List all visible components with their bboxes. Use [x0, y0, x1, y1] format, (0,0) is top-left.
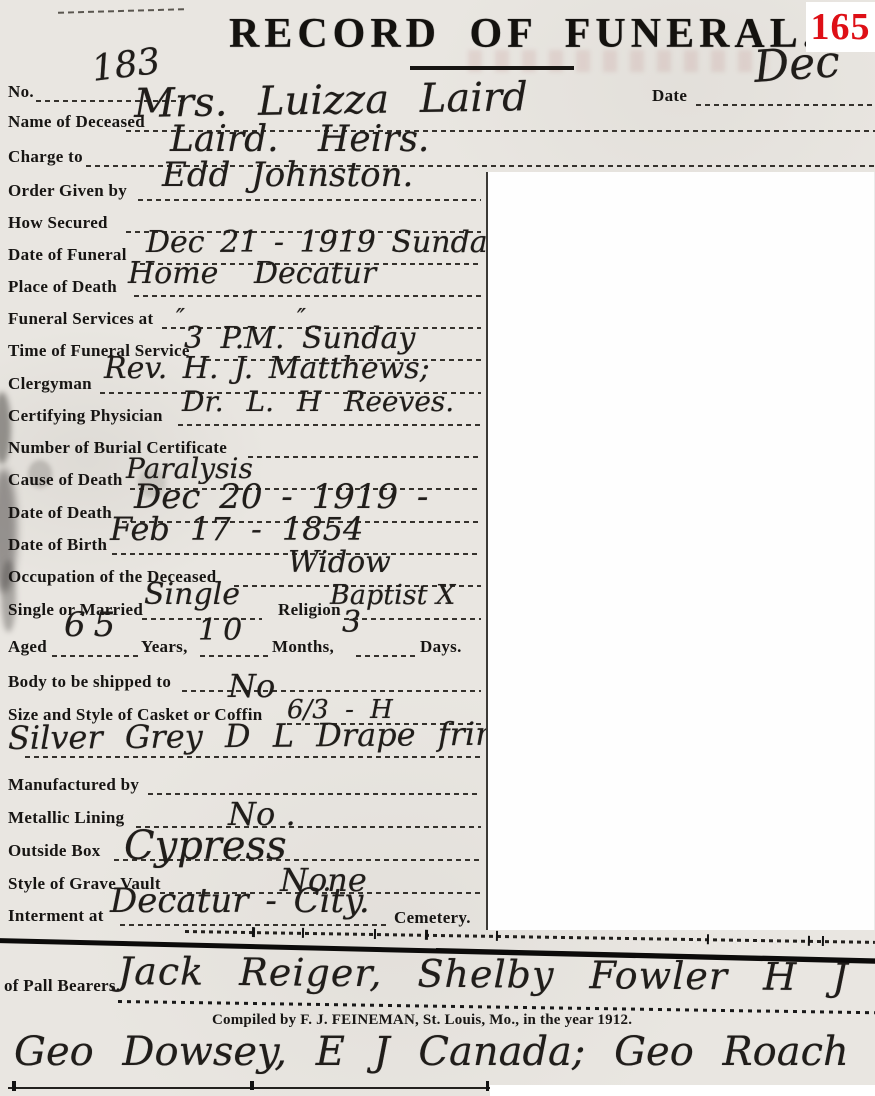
- page-number-stamp: 165: [806, 2, 875, 52]
- field-line: [182, 690, 481, 692]
- no-label: No.: [8, 82, 34, 102]
- field-label: Date of Birth: [8, 535, 107, 555]
- date-line: [696, 104, 875, 106]
- years-label: Years,: [141, 637, 188, 657]
- no-value: 183: [90, 44, 163, 88]
- blank-panel: [486, 172, 875, 930]
- bottom-edge-line: [8, 1087, 490, 1089]
- field-label: Date of Funeral: [8, 245, 127, 265]
- edge-tick: [250, 1081, 254, 1090]
- months-line: [200, 655, 268, 657]
- field-label: Clergyman: [8, 374, 92, 394]
- pall-bearers-row2: Geo Dowsey, E J Canada; Geo Roach .: [14, 1032, 875, 1072]
- field-line: [130, 488, 481, 490]
- field-line: [248, 456, 481, 458]
- pall-bearers-label: of Pall Bearers.: [4, 976, 120, 996]
- field-line: [178, 424, 481, 426]
- cemetery-label: Cemetery.: [394, 908, 471, 928]
- field-label: Funeral Services at: [8, 309, 153, 329]
- no-line: [36, 100, 181, 102]
- ink-smudge: [138, 468, 166, 498]
- divider-tick: [496, 931, 498, 941]
- field-line: [234, 585, 481, 587]
- field-line: [162, 327, 481, 329]
- field-line: [114, 859, 481, 861]
- field-value: No .: [228, 798, 296, 830]
- title-underline: [410, 66, 574, 70]
- field-value: Cypress: [124, 826, 287, 866]
- field-line: [112, 553, 481, 555]
- months-label: Months,: [272, 637, 334, 657]
- divider-tick: [822, 936, 824, 946]
- religion-label: Religion: [278, 600, 341, 620]
- field-label: How Secured: [8, 213, 108, 233]
- field-label: Size and Style of Casket or Coffin: [8, 705, 263, 725]
- field-value: Dr. L. H Reeves.: [182, 388, 454, 416]
- field-line: [122, 521, 481, 523]
- ink-smudge: [0, 392, 11, 464]
- interment-value: Decatur - City.: [110, 884, 370, 918]
- marital-label: Single or Married: [8, 600, 143, 620]
- field-line: [287, 723, 481, 725]
- divider-tick: [252, 927, 255, 937]
- divider-tick: [808, 936, 810, 946]
- pen-mark: [58, 8, 184, 14]
- field-label: Occupation of the Deceased: [8, 567, 216, 587]
- field-value: No: [228, 670, 275, 702]
- divider-tick: [302, 928, 304, 938]
- field-label: Manufactured by: [8, 775, 139, 795]
- field-label: Metallic Lining: [8, 808, 124, 828]
- field-value: Edd Johnston.: [162, 158, 413, 192]
- field-label: Date of Death: [8, 503, 112, 523]
- aged-line: [52, 655, 138, 657]
- religion-line: [344, 618, 481, 620]
- field-line: [206, 359, 481, 361]
- aged-days-value: 3: [342, 608, 361, 638]
- field-value: 6/3 - H: [287, 697, 393, 723]
- ditto-mark: ″: [176, 306, 185, 330]
- edge-tick: [486, 1081, 489, 1091]
- bottom-white-strip: [490, 1085, 875, 1096]
- casket-extra-value: Silver Grey D L Drape fringe: [8, 717, 535, 754]
- days-label: Days.: [420, 637, 462, 657]
- field-line: [148, 793, 481, 795]
- interment-label: Interment at: [8, 906, 104, 926]
- field-line: [126, 130, 875, 132]
- field-line: [138, 199, 481, 201]
- divider-dotted-line: [185, 930, 875, 944]
- marital-line: [142, 618, 262, 620]
- ditto-mark: ″: [297, 306, 306, 330]
- field-label: Outside Box: [8, 841, 101, 861]
- field-label: Place of Death: [8, 277, 117, 297]
- page-number: 165: [811, 5, 871, 49]
- field-label: Cause of Death: [8, 470, 123, 490]
- field-line: [140, 263, 481, 265]
- edge-tick: [12, 1081, 16, 1091]
- field-label: Name of Deceased: [8, 112, 145, 132]
- funeral-record-scan: RECORD OF FUNERAL. 165 No. 183 Date Dec …: [0, 0, 875, 1096]
- field-label: Body to be shipped to: [8, 672, 171, 692]
- field-line: [136, 826, 481, 828]
- field-label: Time of Funeral Service: [8, 341, 190, 361]
- divider-tick: [425, 930, 428, 940]
- aged-months-value: 10: [198, 616, 248, 646]
- field-line: [86, 165, 875, 167]
- field-line: [100, 392, 481, 394]
- field-value: None: [280, 864, 367, 896]
- field-label: Order Given by: [8, 181, 127, 201]
- field-value: Laird. Heirs.: [170, 122, 429, 158]
- page-title: RECORD OF FUNERAL.: [229, 10, 818, 58]
- ink-smudge: [28, 460, 52, 488]
- field-line: [134, 295, 481, 297]
- date-label: Date: [652, 86, 687, 106]
- compiled-by-line: Compiled by F. J. FEINEMAN, St. Louis, M…: [212, 1012, 632, 1029]
- field-value: Mrs. Luizza Laird: [134, 77, 528, 124]
- field-value: Dec 20 - 1919 -: [134, 480, 428, 514]
- field-label: Certifying Physician: [8, 406, 163, 426]
- religion-value: Baptist X: [330, 582, 455, 609]
- field-label: Style of Grave Vault: [8, 874, 161, 894]
- field-value: Rev. H. J. Matthews;: [104, 354, 430, 384]
- field-label: Number of Burial Certificate: [8, 438, 227, 458]
- aged-years-value: 65: [64, 608, 123, 642]
- field-value: Home Decatur: [128, 259, 376, 289]
- pall-bearers-line: [118, 1000, 875, 1014]
- divider-tick: [374, 929, 376, 939]
- interment-line: [120, 924, 388, 926]
- divider-tick: [707, 934, 709, 944]
- field-value: 3 P.M. Sunday: [184, 324, 415, 354]
- field-line: [25, 756, 481, 758]
- field-label: Charge to: [8, 147, 83, 167]
- ink-smudge: [1, 560, 16, 632]
- days-line: [356, 655, 416, 657]
- field-value: Dec 21 - 1919 Sunday: [146, 228, 505, 258]
- field-value: Feb 17 - 1854: [110, 513, 363, 545]
- marital-value: Single: [144, 580, 240, 610]
- field-line: [126, 231, 481, 233]
- aged-label: Aged: [8, 637, 47, 657]
- field-value: Widow: [288, 548, 391, 578]
- field-line: [160, 892, 481, 894]
